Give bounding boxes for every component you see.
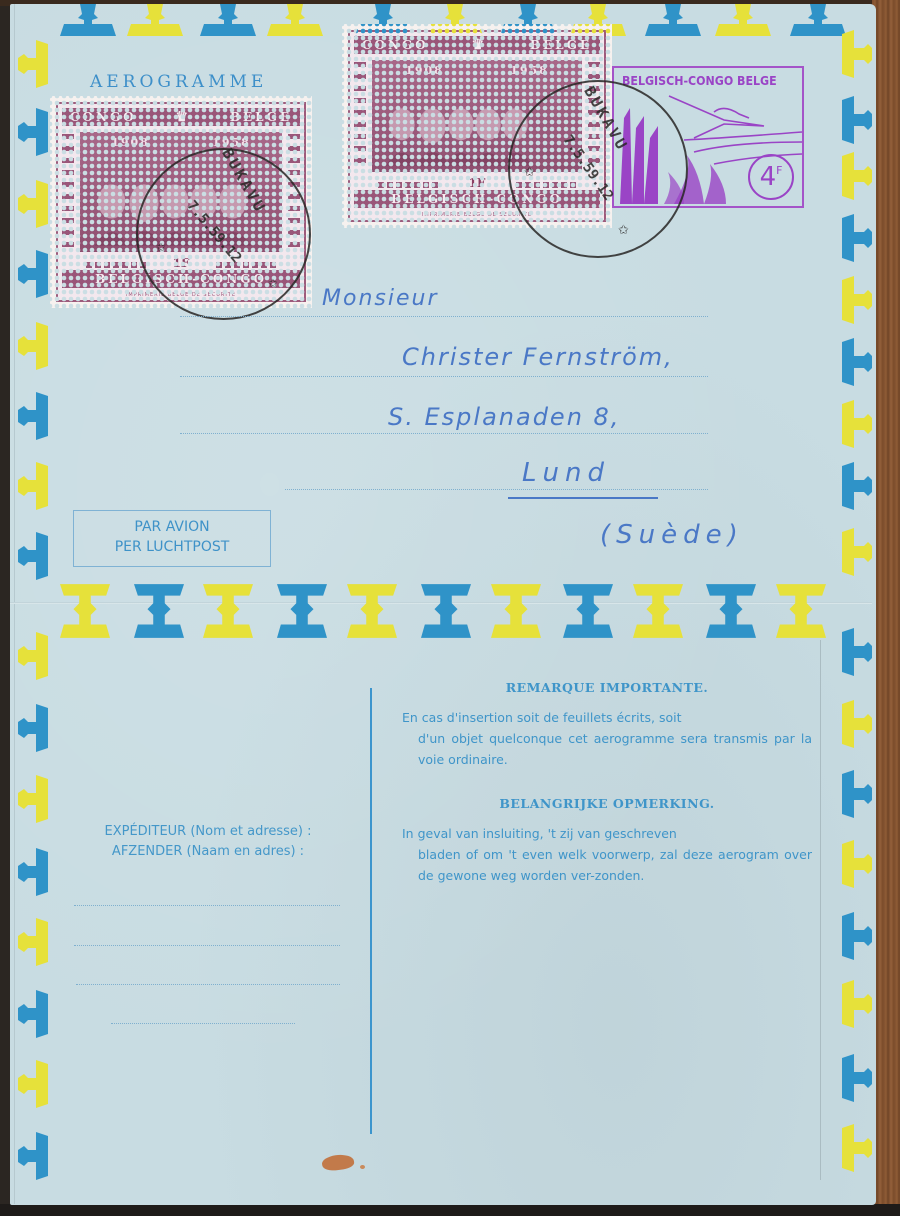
notice-dutch-text: bladen of om 't even welk voorwerp, zal …	[402, 844, 812, 886]
city-underline	[508, 497, 658, 499]
border-motif-icon	[842, 1054, 872, 1102]
indicium-value: 4F	[748, 154, 794, 200]
notice-french-text: d'un objet quelconque cet aerogramme ser…	[402, 728, 812, 770]
stamp-ornament	[62, 134, 74, 250]
stamp-country-label: BELGE	[230, 110, 292, 124]
border-motif-icon	[18, 250, 48, 298]
postmark-town: BUKAVU	[218, 145, 270, 217]
sender-label-nl: AFZENDER (Naam en adres) :	[58, 842, 358, 862]
sender-line-guide	[111, 1023, 295, 1024]
background-bottom	[0, 1204, 900, 1216]
stamp-country-label: CONGO	[70, 110, 137, 124]
address-line-guide	[180, 433, 708, 434]
border-motif-icon	[60, 583, 110, 639]
border-motif-icon	[267, 4, 323, 36]
stamp-top-band: CONGO ♛ BELGE	[354, 36, 600, 54]
border-motif-icon	[18, 1132, 48, 1180]
star-icon: ✩	[618, 218, 629, 239]
border-motif-icon	[842, 980, 872, 1028]
address-recipient-name: Christer Fernström,	[402, 343, 674, 371]
sender-line-guide	[74, 945, 340, 946]
border-motif-icon	[715, 4, 771, 36]
border-motif-icon	[18, 1060, 48, 1108]
border-motif-icon	[491, 583, 541, 639]
address-line-guide	[285, 489, 708, 490]
notice-french-title: REMARQUE IMPORTANTE.	[402, 680, 812, 695]
postmark-date: 7.5.59.12	[560, 132, 617, 203]
star-icon: ✩	[268, 272, 278, 291]
right-flap-edge	[820, 640, 821, 1180]
notice-dutch: BELANGRIJKE OPMERKING. In geval van insl…	[402, 796, 812, 886]
stamp-year: 1908	[111, 136, 150, 149]
airmail-label-box: PAR AVION PER LUCHTPOST	[73, 510, 271, 567]
border-motif-icon	[18, 704, 48, 752]
left-fold-crease	[14, 4, 15, 1204]
notice-dutch-text: In geval van insluiting, 't zij van gesc…	[402, 823, 812, 844]
border-motif-icon	[18, 990, 48, 1038]
border-motif-icon	[18, 180, 48, 228]
postmark-date: 7.5.59.12	[183, 198, 244, 266]
border-motif-icon	[200, 4, 256, 36]
border-motif-icon	[842, 152, 872, 200]
stamp-country-label: BELGE	[530, 38, 592, 52]
border-motif-icon	[706, 583, 756, 639]
border-motif-icon	[790, 4, 846, 36]
stamp-ornament	[354, 62, 366, 170]
border-motif-icon	[633, 583, 683, 639]
address-line-guide	[180, 376, 708, 377]
border-motif-icon	[18, 392, 48, 440]
stamp-year: 1958	[510, 64, 549, 77]
border-motif-icon	[842, 462, 872, 510]
border-motif-icon	[842, 30, 872, 78]
border-motif-icon	[842, 214, 872, 262]
border-motif-icon	[842, 628, 872, 676]
sender-line-guide	[74, 905, 340, 906]
postmark-cancel: BUKAVU 7.5.59.12 ✩ ✩	[508, 80, 688, 258]
border-motif-icon	[842, 338, 872, 386]
border-motif-icon	[842, 912, 872, 960]
border-motif-icon	[60, 4, 116, 36]
border-motif-icon	[842, 528, 872, 576]
address-salutation: Monsieur	[322, 286, 438, 311]
section-divider	[370, 688, 372, 1134]
border-motif-icon	[18, 532, 48, 580]
border-motif-icon	[842, 1124, 872, 1172]
address-country: (Suède)	[600, 520, 744, 550]
border-motif-icon	[18, 775, 48, 823]
stamp-top-band: CONGO ♛ BELGE	[62, 108, 300, 126]
notice-french: REMARQUE IMPORTANTE. En cas d'insertion …	[402, 680, 812, 770]
border-motif-icon	[18, 918, 48, 966]
border-motif-icon	[277, 583, 327, 639]
border-motif-icon	[18, 848, 48, 896]
wood-surface	[872, 0, 900, 1216]
border-motif-icon	[776, 583, 826, 639]
stamp-year: 1908	[405, 64, 444, 77]
border-motif-icon	[842, 840, 872, 888]
border-motif-icon	[842, 700, 872, 748]
border-motif-icon	[203, 583, 253, 639]
crown-icon: ♛	[176, 109, 192, 125]
border-motif-icon	[842, 276, 872, 324]
border-motif-icon	[421, 583, 471, 639]
airmail-label-fr: PAR AVION	[74, 517, 270, 537]
star-icon: ✩	[156, 236, 166, 255]
border-motif-icon	[134, 583, 184, 639]
border-motif-icon	[842, 96, 872, 144]
address-line-guide	[180, 316, 708, 317]
paper-stain	[360, 1165, 365, 1169]
border-motif-icon	[18, 462, 48, 510]
sender-section: EXPÉDITEUR (Nom et adresse) : AFZENDER (…	[58, 822, 358, 862]
sender-line-guide	[76, 984, 340, 985]
star-icon: ✩	[524, 160, 535, 181]
airmail-label-nl: PER LUCHTPOST	[74, 537, 270, 557]
border-motif-icon	[842, 770, 872, 818]
border-motif-icon	[645, 4, 701, 36]
border-motif-icon	[18, 632, 48, 680]
address-street: S. Esplanaden 8,	[388, 403, 620, 431]
border-motif-icon	[18, 40, 48, 88]
address-city: Lund	[522, 458, 610, 488]
border-motif-icon	[127, 4, 183, 36]
border-motif-icon	[347, 583, 397, 639]
indicium-title: BELGISCH-CONGO BELGE	[622, 74, 777, 88]
border-motif-icon	[18, 108, 48, 156]
sender-label-fr: EXPÉDITEUR (Nom et adresse) :	[58, 822, 358, 842]
border-motif-icon	[18, 322, 48, 370]
border-motif-icon	[563, 583, 613, 639]
crown-icon: ♛	[472, 37, 488, 53]
border-motif-icon	[842, 400, 872, 448]
notice-french-text: En cas d'insertion soit de feuillets écr…	[402, 707, 812, 728]
notice-dutch-title: BELANGRIJKE OPMERKING.	[402, 796, 812, 811]
postmark-cancel: BUKAVU 7.5.59.12 ✩ ✩	[136, 148, 311, 320]
aerogramme-title: AEROGRAMME	[90, 72, 267, 92]
stamp-country-label: CONGO	[362, 38, 429, 52]
postmark-town: BUKAVU	[580, 83, 632, 155]
